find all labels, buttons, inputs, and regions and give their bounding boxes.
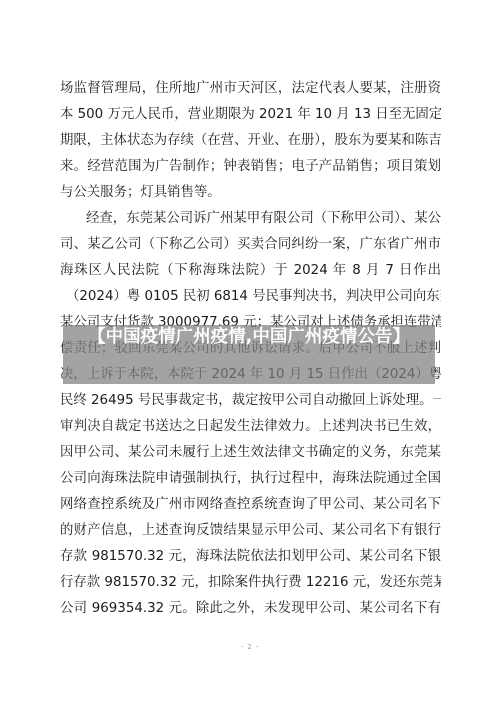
page-number: - 2 - [0, 643, 500, 651]
paragraph-line: 公司 969354.32 元。除此之外，未发现甲公司、某公司名下有 [60, 600, 441, 618]
paragraph-line: 行存款 981570.32 元，扣除案件执行费 12216 元，发还东莞某 [60, 574, 441, 592]
paragraph-line: 审判决自裁定书送达之日起发生法律效力。上述判决书已生效， [60, 418, 441, 436]
paragraph-line: 来。经营范围为广告制作；钟表销售；电子产品销售；项目策划 [60, 158, 441, 176]
paragraph-line: 本 500 万元人民币，营业期限为 2021 年 10 月 13 日至无固定 [60, 106, 441, 124]
paragraph-line: 公司向海珠法院申请强制执行，执行过程中，海珠法院通过全国 [60, 470, 441, 488]
paragraph-line: 与公关服务；灯具销售等。 [60, 184, 441, 202]
paragraph-line: 场监督管理局，住所地广州市天河区，法定代表人要某，注册资 [60, 80, 441, 98]
paragraph-line: 民终 26495 号民事裁定书，裁定按甲公司自动撤回上诉处理。一 [60, 392, 441, 410]
paragraph-line: （2024）粤 0105 民初 6814 号民事判决书，判决甲公司向东莞 [66, 288, 441, 306]
paragraph-line: 的财产信息，上述查询反馈结果显示甲公司、某公司名下有银行 [60, 522, 441, 540]
paragraph-line: 海珠区人民法院（下称海珠法院）于 2024 年 8 月 7 日作出 [60, 262, 441, 280]
paragraph-line: 司、某乙公司（下称乙公司）买卖合同纠纷一案，广东省广州市 [60, 236, 441, 254]
overlay-title: 【中国疫情广州疫情,中国广州疫情公告】 [63, 326, 435, 349]
paragraph-line: 经查，东莞某公司诉广州某甲有限公司（下称甲公司）、某公 [86, 210, 441, 228]
paragraph-line: 因甲公司、某公司未履行上述生效法律文书确定的义务，东莞某 [60, 444, 441, 462]
paragraph-line: 存款 981570.32 元，海珠法院依法扣划甲公司、某公司名下银 [60, 548, 441, 566]
paragraph-line: 网络查控系统及广州市网络查控系统查询了甲公司、某公司名下 [60, 496, 441, 514]
paragraph-line: 期限，主体状态为存续（在营、开业、在册），股东为要某和陈吉 [60, 132, 441, 150]
